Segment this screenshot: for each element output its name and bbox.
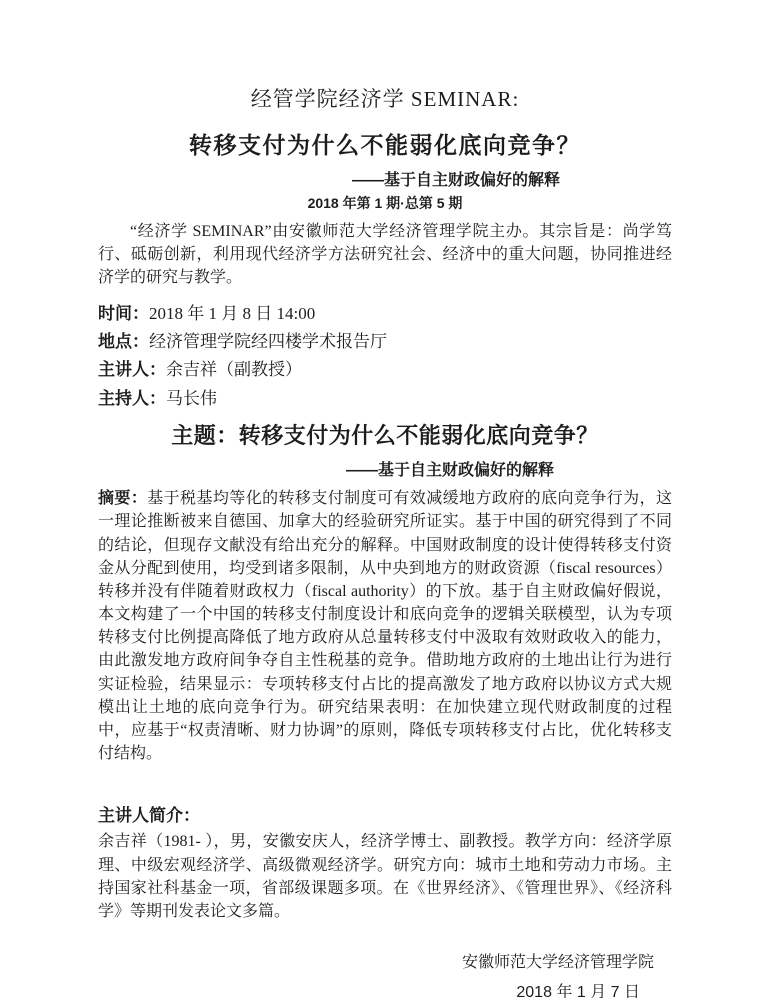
speaker-value: 余吉祥（副教授）	[166, 360, 302, 379]
host-value: 马长伟	[166, 389, 217, 408]
seminar-announcement-page: 经管学院经济学 SEMINAR: 转移支付为什么不能弱化底向竞争？ ——基于自主…	[0, 0, 770, 998]
time-label: 时间：	[98, 304, 149, 323]
signature-date: 2018 年 1 月 7 日	[98, 983, 640, 998]
time-value: 2018 年 1 月 8 日 14:00	[149, 304, 315, 323]
seminar-subtitle: ——基于自主财政偏好的解释	[352, 167, 560, 190]
abstract-text: 基于税基均等化的转移支付制度可有效减缓地方政府的底向竞争行为，这一理论推断被来自…	[98, 490, 672, 762]
signature-block: 安徽师范大学经济管理学院 2018 年 1 月 7 日	[98, 953, 654, 998]
abstract-label: 摘要：	[98, 490, 147, 507]
speaker-label: 主讲人：	[98, 360, 166, 379]
info-row-location: 地点：经济管理学院经四楼学术报告厅	[98, 332, 672, 352]
topic-heading: 主题：转移支付为什么不能弱化底向竞争？	[98, 419, 672, 450]
seminar-topic-title: 转移支付为什么不能弱化底向竞争？	[98, 127, 672, 160]
info-list: 时间：2018 年 1 月 8 日 14:00 地点：经济管理学院经四楼学术报告…	[98, 304, 672, 410]
topic-subtitle: ——基于自主财政偏好的解释	[346, 457, 554, 480]
issue-number: 2018 年第 1 期·总第 5 期	[98, 193, 672, 213]
speaker-bio-paragraph: 余吉祥（1981- ），男，安徽安庆人，经济学博士、副教授。教学方向：经济学原理…	[98, 830, 672, 923]
page-title: 经管学院经济学 SEMINAR:	[98, 83, 672, 113]
abstract-paragraph: 摘要：基于税基均等化的转移支付制度可有效减缓地方政府的底向竞争行为，这一理论推断…	[98, 487, 672, 765]
host-label: 主持人：	[98, 389, 166, 408]
info-row-host: 主持人：马长伟	[98, 389, 672, 409]
speaker-bio-heading: 主讲人简介：	[98, 801, 672, 826]
location-value: 经济管理学院经四楼学术报告厅	[149, 332, 387, 351]
intro-paragraph: “经济学 SEMINAR”由安徽师范大学经济管理学院主办。其宗旨是：尚学笃行、砥…	[98, 220, 672, 290]
organization-name: 安徽师范大学经济管理学院	[98, 953, 654, 974]
location-label: 地点：	[98, 332, 149, 351]
info-row-speaker: 主讲人：余吉祥（副教授）	[98, 360, 672, 380]
info-row-time: 时间：2018 年 1 月 8 日 14:00	[98, 304, 672, 324]
